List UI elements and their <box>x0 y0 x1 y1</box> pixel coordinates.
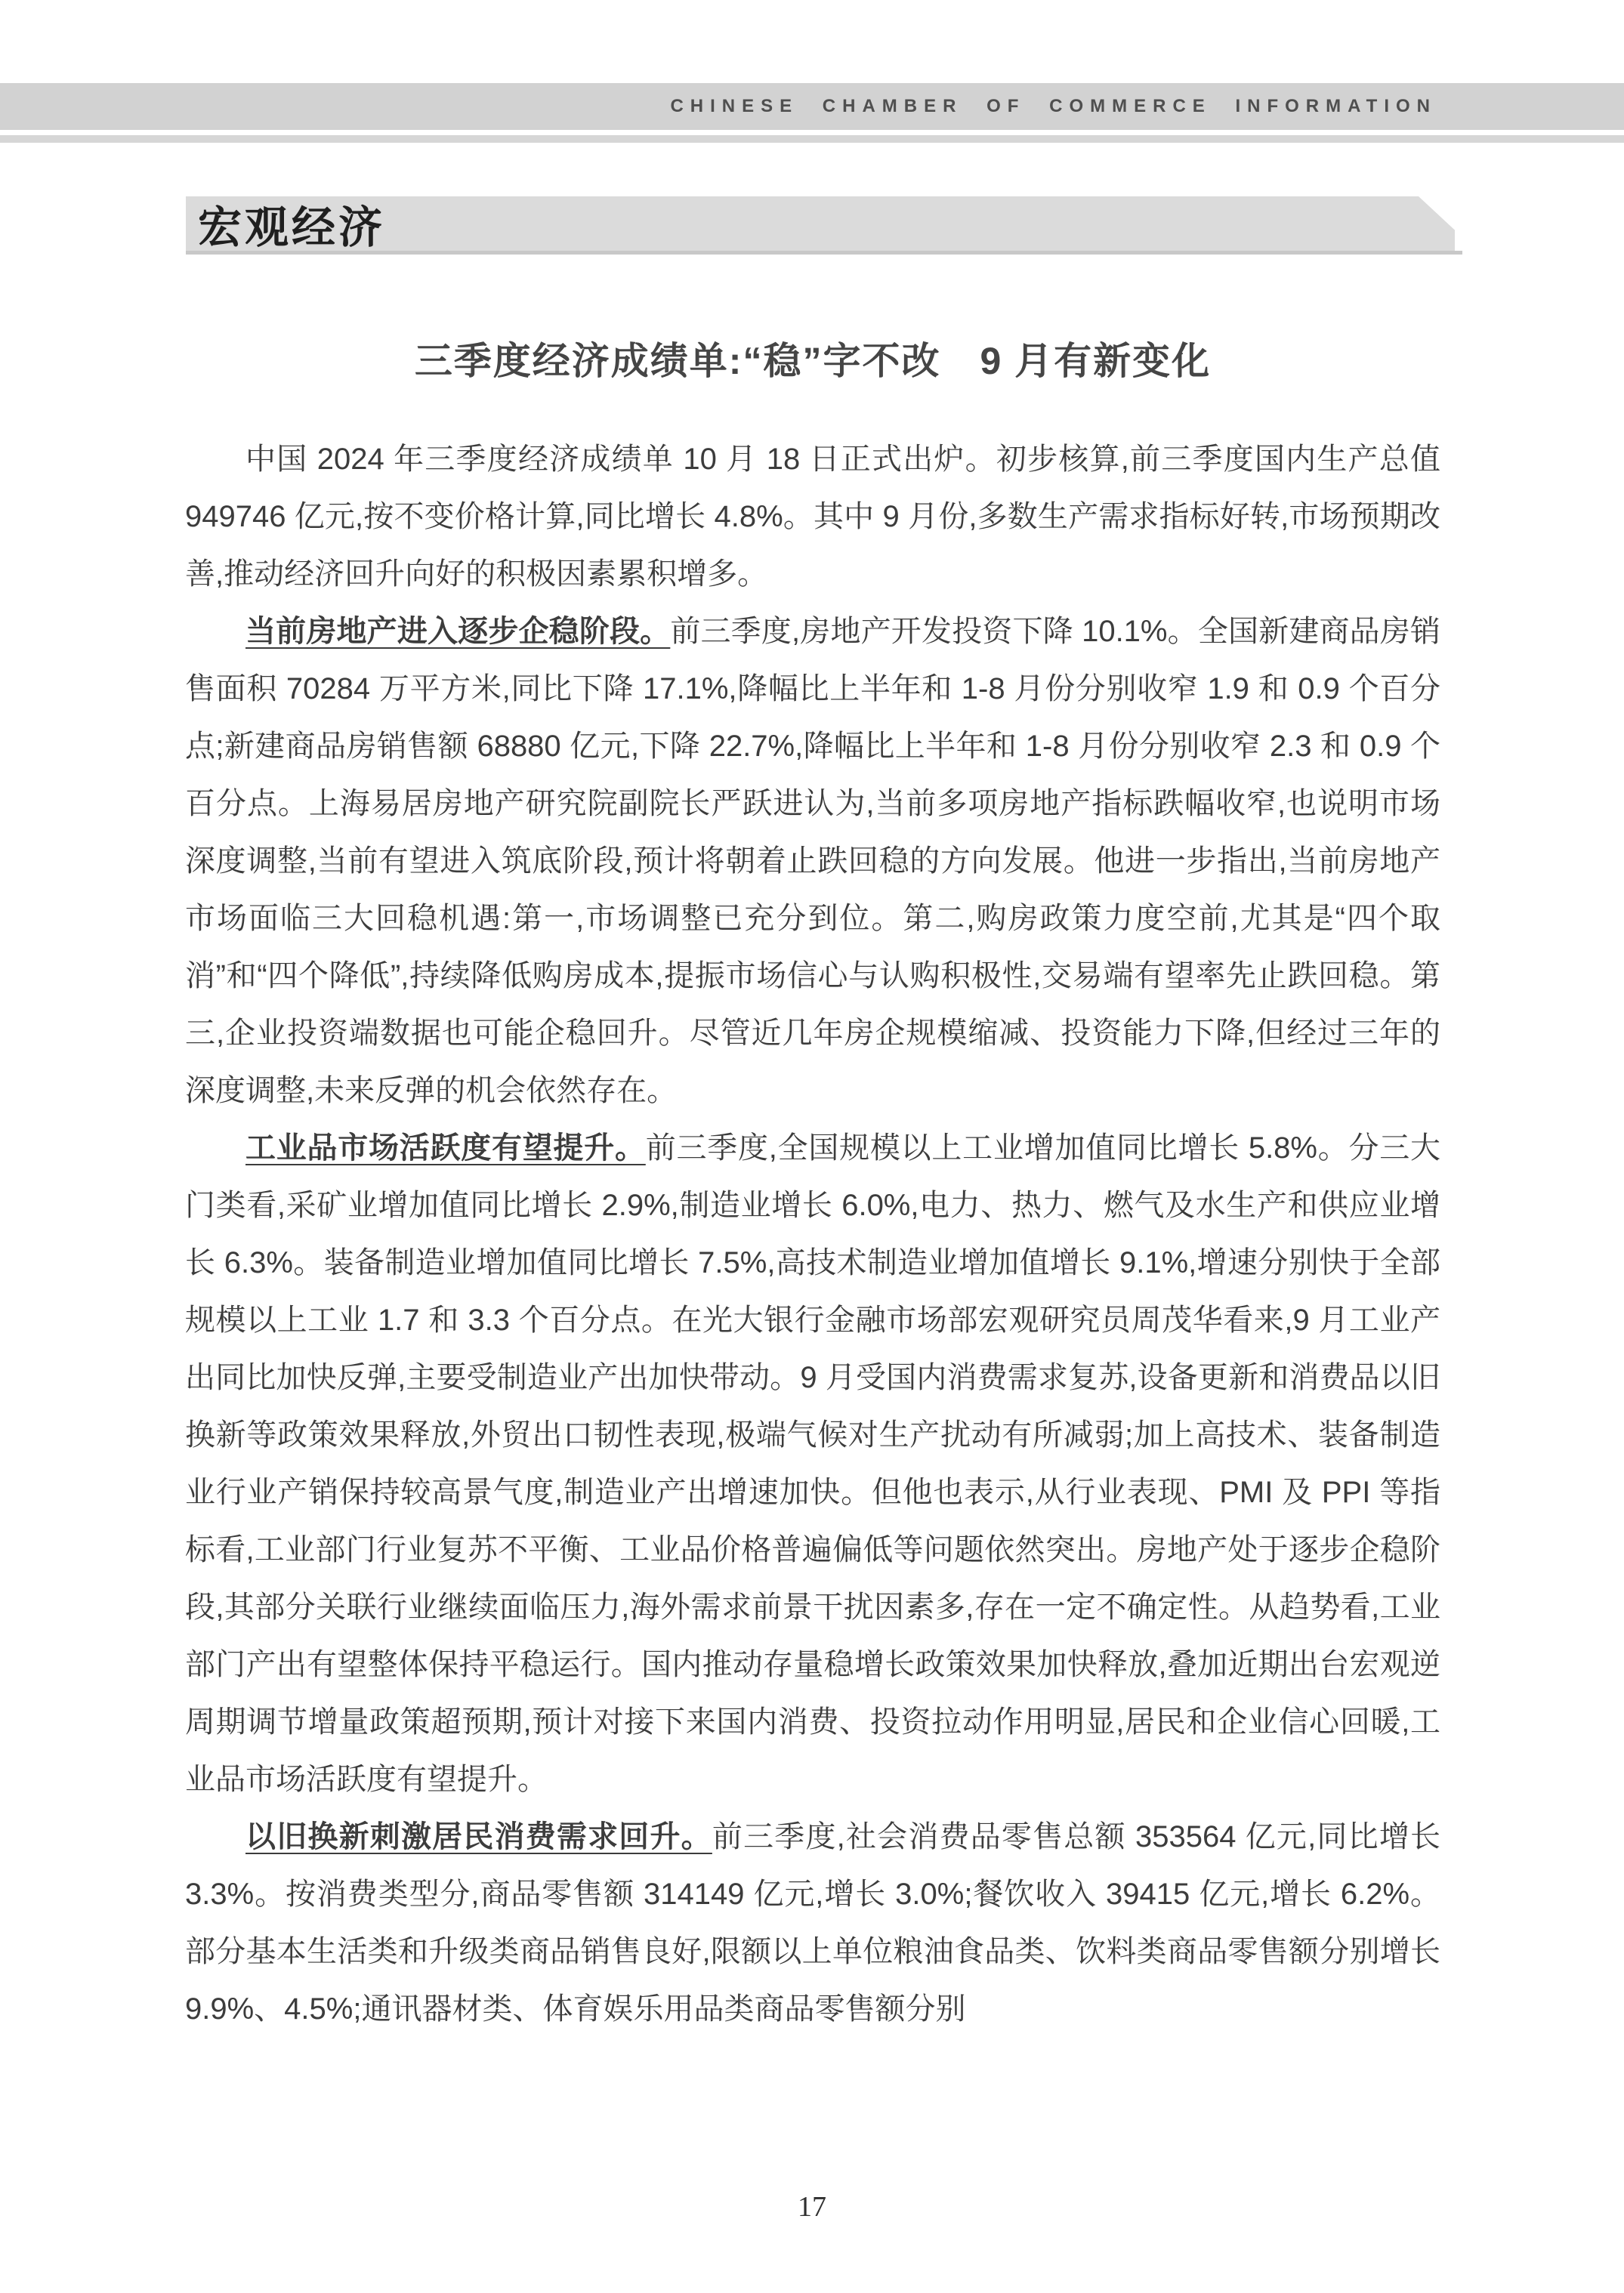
header-band-text: CHINESE CHAMBER OF COMMERCE INFORMATION <box>670 96 1437 117</box>
header-band-thin-stripe <box>0 135 1624 143</box>
paragraph-industry: 工业品市场活跃度有望提升。前三季度,全国规模以上工业增加值同比增长 5.8%。分… <box>185 1119 1440 1808</box>
paragraph-intro: 中国 2024 年三季度经济成绩单 10 月 18 日正式出炉。初步核算,前三季… <box>185 431 1440 603</box>
paragraph-consumption-lead: 以旧换新刺激居民消费需求回升。 <box>245 1820 712 1853</box>
paragraph-real-estate-text: 前三季度,房地产开发投资下降 10.1%。全国新建商品房销售面积 70284 万… <box>185 615 1440 1107</box>
paragraph-industry-lead: 工业品市场活跃度有望提升。 <box>245 1131 646 1165</box>
paragraph-real-estate-lead: 当前房地产进入逐步企稳阶段。 <box>245 615 670 648</box>
section-title: 宏观经济 <box>186 192 385 255</box>
section-banner-shadow <box>186 251 1462 255</box>
paragraph-industry-text: 前三季度,全国规模以上工业增加值同比增长 5.8%。分三大门类看,采矿业增加值同… <box>185 1131 1440 1796</box>
paragraph-consumption: 以旧换新刺激居民消费需求回升。前三季度,社会消费品零售总额 353564 亿元,… <box>185 1808 1440 2038</box>
header-band: CHINESE CHAMBER OF COMMERCE INFORMATION <box>0 83 1624 130</box>
paragraph-intro-text: 中国 2024 年三季度经济成绩单 10 月 18 日正式出炉。初步核算,前三季… <box>185 443 1440 591</box>
page-number: 17 <box>0 2190 1624 2224</box>
paragraph-real-estate: 当前房地产进入逐步企稳阶段。前三季度,房地产开发投资下降 10.1%。全国新建商… <box>185 603 1440 1119</box>
article-title: 三季度经济成绩单:“稳”字不改 9 月有新变化 <box>185 331 1440 385</box>
document-page: CHINESE CHAMBER OF COMMERCE INFORMATION … <box>0 0 1624 2293</box>
article-body: 中国 2024 年三季度经济成绩单 10 月 18 日正式出炉。初步核算,前三季… <box>185 431 1440 2038</box>
section-banner: 宏观经济 <box>186 196 1455 251</box>
